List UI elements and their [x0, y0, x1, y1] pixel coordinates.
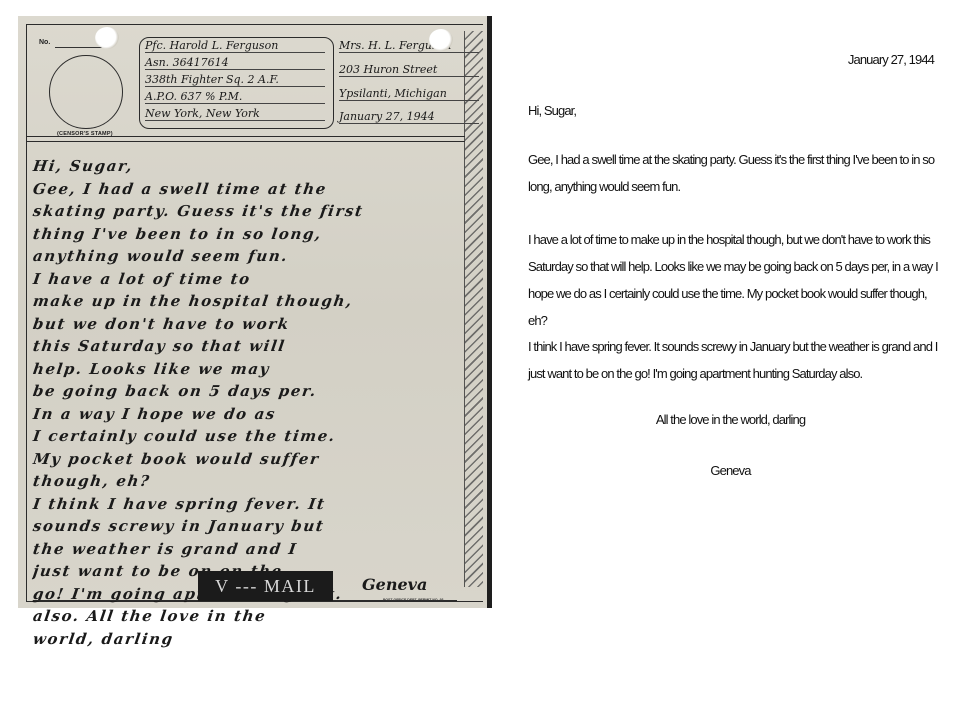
handwritten-line: My pocket book would suffer [31, 448, 458, 471]
letter-paragraph: I think I have spring fever. It sounds s… [528, 333, 938, 387]
vmail-band: V --- MAIL [198, 571, 333, 601]
recipient-address-line: Mrs. H. L. Ferguson [339, 39, 479, 53]
handwritten-line: this Saturday so that will [31, 335, 458, 358]
form-number-label: No. [39, 39, 50, 46]
recipient-address-line: January 27, 1944 [339, 110, 479, 124]
handwritten-line: Gee, I had a swell time at the [31, 178, 458, 201]
sender-address-line: Pfc. Harold L. Ferguson [145, 39, 325, 53]
handwritten-line: also. All the love in the [31, 605, 458, 628]
recipient-address-line: 203 Huron Street [339, 63, 479, 77]
post-office-print: POST OFFICE DEPT. PERMIT NO. 93 [383, 598, 443, 602]
handwritten-line: be going back on 5 days per. [31, 380, 458, 403]
handwritten-line: sounds screwy in January but [31, 515, 458, 538]
header-divider [27, 136, 465, 137]
sender-address-line: 338th Fighter Sq. 2 A.F. [145, 73, 325, 87]
sender-address-line: New York, New York [145, 107, 325, 121]
letter-signature: Geneva [528, 463, 933, 478]
punch-hole [95, 27, 119, 49]
censor-stamp-circle [49, 55, 123, 129]
recipient-address-line: Ypsilanti, Michigan [339, 87, 479, 101]
letter-closing: All the love in the world, darling [528, 412, 933, 427]
sender-address-line: A.P.O. 637 % P.M. [145, 90, 325, 104]
handwritten-signature: Geneva [362, 575, 427, 594]
header-divider [27, 141, 465, 142]
handwritten-line: thing I've been to in so long, [31, 223, 458, 246]
punch-hole [429, 29, 453, 51]
handwritten-line: I have a lot of time to [31, 268, 458, 291]
handwritten-line: Hi, Sugar, [31, 155, 458, 178]
letter-paragraph: I have a lot of time to make up in the h… [528, 226, 938, 334]
handwritten-line: the weather is grand and I [31, 538, 458, 561]
letter-greeting: Hi, Sugar, [528, 103, 576, 118]
handwritten-line: I think I have spring fever. It [31, 493, 458, 516]
handwritten-line: anything would seem fun. [31, 245, 458, 268]
handwritten-line: world, darling [31, 628, 458, 651]
vmail-form-border: No. (CENSOR'S STAMP) Pfc. Harold L. Ferg… [26, 24, 483, 602]
handwritten-line: help. Looks like we may [31, 358, 458, 381]
letter-paragraph: Gee, I had a swell time at the skating p… [528, 146, 938, 200]
handwritten-line: I certainly could use the time. [31, 425, 458, 448]
handwritten-line: make up in the hospital though, [31, 290, 458, 313]
handwritten-line: though, eh? [31, 470, 458, 493]
handwritten-line: skating party. Guess it's the first [31, 200, 458, 223]
letter-date: January 27, 1944 [848, 52, 934, 67]
handwritten-line: In a way I hope we do as [31, 403, 458, 426]
sender-address-line: Asn. 36417614 [145, 56, 325, 70]
vmail-letter-scan: No. (CENSOR'S STAMP) Pfc. Harold L. Ferg… [18, 16, 492, 608]
handwritten-line: but we don't have to work [31, 313, 458, 336]
